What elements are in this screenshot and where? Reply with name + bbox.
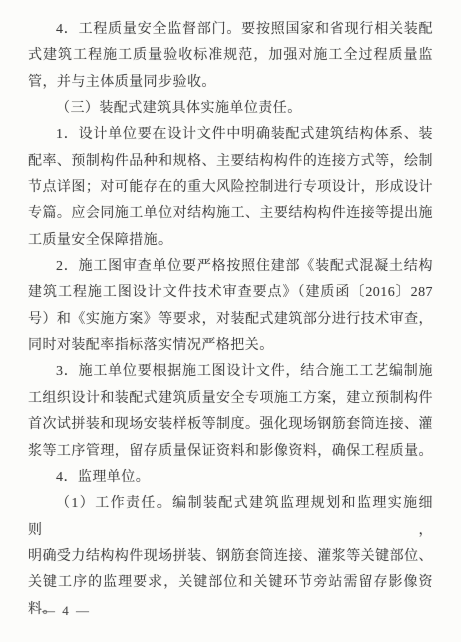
paragraph: 2．施工图审查单位要严格按照住建部《装配式混凝土结构建筑工程施工图设计文件技术审… <box>28 254 433 359</box>
text-line: 号）和《实施方案》等要求，对装配式建筑部分进行技术审查， <box>28 307 433 333</box>
text-line: 专篇。应会同施工单位对结构施工、主要结构构件连接等提出施 <box>28 201 433 227</box>
document-page: 4．工程质量安全监督部门。要按照国家和省现行相关装配式建筑工程施工质量验收标准规… <box>0 0 461 642</box>
text-line: （1）工作责任。编制装配式建筑监理规划和监理实施细则， <box>28 491 433 544</box>
text-line: （三）装配式建筑具体实施单位责任。 <box>28 96 433 122</box>
paragraph: 4．工程质量安全监督部门。要按照国家和省现行相关装配式建筑工程施工质量验收标准规… <box>28 17 433 96</box>
document-body: 4．工程质量安全监督部门。要按照国家和省现行相关装配式建筑工程施工质量验收标准规… <box>28 17 433 623</box>
paragraph: 4．监理单位。 <box>28 465 433 491</box>
text-line: 4．监理单位。 <box>28 465 433 491</box>
text-line: 管，并与主体质量同步验收。 <box>28 70 433 96</box>
text-line: 关键工序的监理要求，关键部位和关键环节旁站需留存影像资 <box>28 570 433 596</box>
text-line: 1．设计单位要在设计文件中明确装配式建筑结构体系、装 <box>28 122 433 148</box>
text-line: 建筑工程施工图设计文件技术审查要点》（建质函〔2016〕287 <box>28 280 433 306</box>
text-line: 节点详图；对可能存在的重大风险控制进行专项设计，形成设计 <box>28 175 433 201</box>
text-line: 配率、预制构件品种和规格、主要结构构件的连接方式等，绘制 <box>28 149 433 175</box>
paragraph: 3．施工单位要根据施工图设计文件，结合施工工艺编制施工组织设计和装配式建筑质量安… <box>28 359 433 464</box>
text-line: 工组织设计和装配式建筑质量安全专项施工方案，建立预制构件 <box>28 386 433 412</box>
page-number: — 4 — <box>42 603 91 619</box>
text-line: 式建筑工程施工质量验收标准规范，加强对施工全过程质量监 <box>28 43 433 69</box>
paragraph: （三）装配式建筑具体实施单位责任。 <box>28 96 433 122</box>
text-line: 工质量安全保障措施。 <box>28 228 433 254</box>
text-line: 3．施工单位要根据施工图设计文件，结合施工工艺编制施 <box>28 359 433 385</box>
text-line: 4．工程质量安全监督部门。要按照国家和省现行相关装配 <box>28 17 433 43</box>
text-line: 2．施工图审查单位要严格按照住建部《装配式混凝土结构 <box>28 254 433 280</box>
paragraph: 1．设计单位要在设计文件中明确装配式建筑结构体系、装配率、预制构件品种和规格、主… <box>28 122 433 254</box>
text-line: 首次试拼装和现场安装样板等制度。强化现场钢筋套筒连接、灌 <box>28 412 433 438</box>
text-line: 浆等工序管理，留存质量保证资料和影像资料，确保工程质量。 <box>28 439 433 465</box>
text-line: 同时对装配率指标落实情况严格把关。 <box>28 333 433 359</box>
text-line: 明确受力结构构件现场拼装、钢筋套筒连接、灌浆等关键部位、 <box>28 544 433 570</box>
